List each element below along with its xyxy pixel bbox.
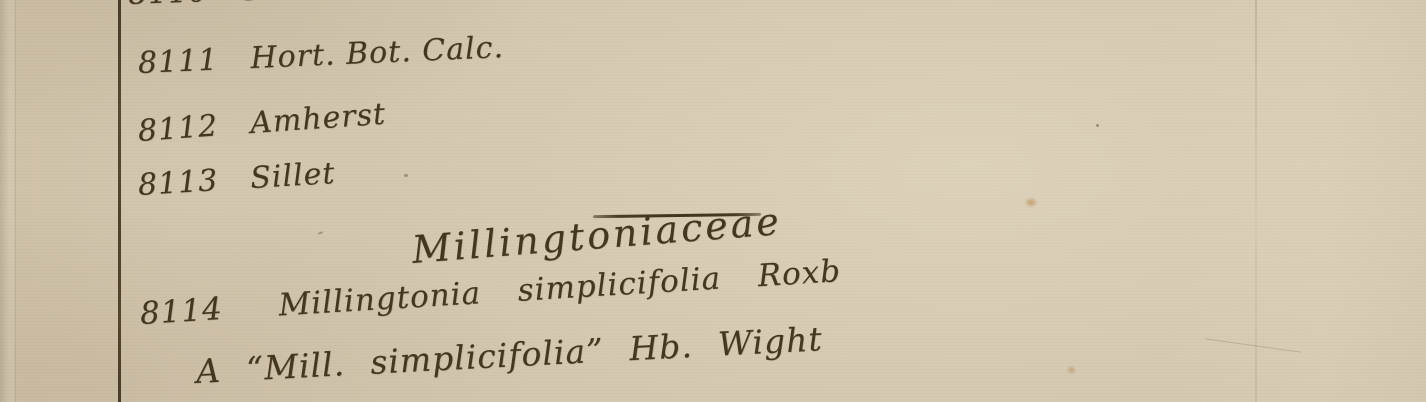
manuscript-page: 8110 Sillet 8111 Hort. Bot. Calc. 8112 A…: [0, 0, 1426, 402]
entry-text: Sillet: [240, 0, 326, 8]
entry-text: Amherst: [249, 97, 387, 141]
paper-crease-left: [15, 0, 16, 402]
paper-speck: [404, 174, 408, 177]
paper-speck: [1096, 124, 1099, 127]
margin-rule-line: [118, 0, 121, 402]
entry-number: 8114: [139, 290, 243, 332]
paper-speck: [318, 231, 323, 235]
entry-number: 8112: [137, 107, 241, 149]
entry-number: 8110: [127, 0, 230, 12]
paper-crease-right: [1255, 0, 1257, 402]
herbarium-subline-clipped: A “Mill. simplicifolia” Hb. Wight: [195, 319, 823, 391]
paper-stain: [1024, 197, 1038, 208]
paper-stain: [1066, 365, 1077, 375]
entry-text: Sillet: [249, 156, 336, 196]
entry-text: Hort. Bot. Calc.: [250, 30, 505, 76]
entry-8110-clipped: 8110 Sillet: [127, 0, 326, 12]
paper-scratch: [1205, 338, 1300, 352]
entry-8111: 8111 Hort. Bot. Calc.: [137, 30, 504, 81]
entry-number: 8111: [137, 42, 240, 81]
entry-8113: 8113 Sillet: [137, 156, 336, 203]
entry-8112: 8112 Amherst: [137, 97, 387, 149]
entry-number: 8113: [137, 162, 241, 203]
entry-text: Millingtonia simplicifolia Roxb: [278, 253, 843, 323]
